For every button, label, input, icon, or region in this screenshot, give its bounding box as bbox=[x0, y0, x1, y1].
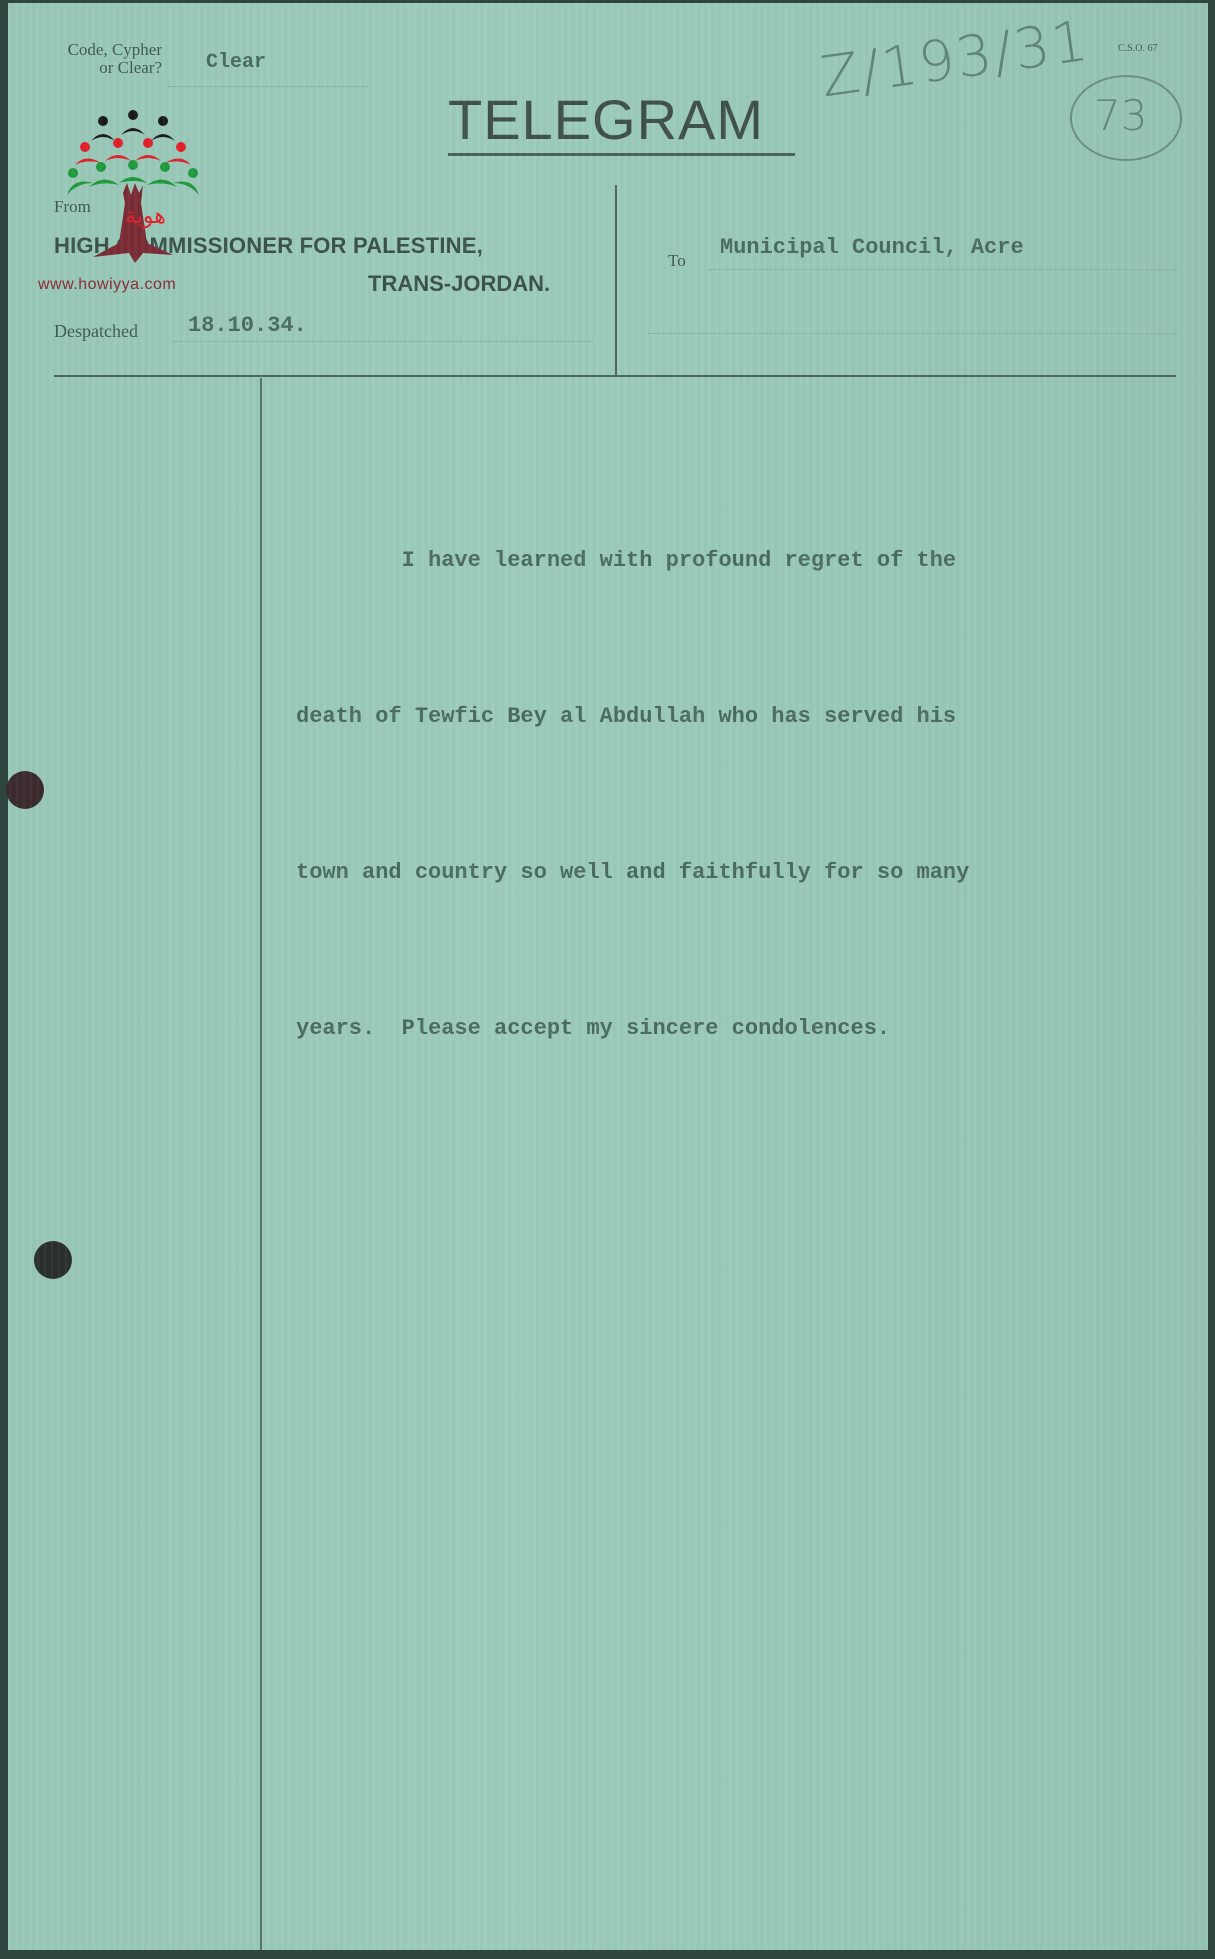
svg-text:هوية: هوية bbox=[125, 204, 166, 229]
recipient: Municipal Council, Acre bbox=[720, 235, 1024, 260]
despatched-label: Despatched bbox=[54, 321, 138, 342]
despatched-date: 18.10.34. bbox=[188, 313, 307, 338]
message-body: I have learned with profound regret of t… bbox=[296, 431, 1176, 1159]
header-column-divider bbox=[615, 185, 617, 375]
punch-hole-icon bbox=[34, 1241, 72, 1279]
message-line: I have learned with profound regret of t… bbox=[296, 535, 1176, 587]
code-value: Clear bbox=[206, 51, 266, 74]
form-number: C.S.O. 67 bbox=[1118, 43, 1157, 54]
code-cypher-label: Code, Cypher or Clear? bbox=[44, 41, 162, 77]
howiyya-tree-logo-icon: هوية bbox=[63, 103, 203, 273]
message-line: years. Please accept my sincere condolen… bbox=[296, 1003, 1176, 1055]
watermark-url: www.howiyya.com bbox=[38, 276, 176, 294]
punch-hole-icon bbox=[6, 771, 44, 809]
to-dotted-line-1 bbox=[708, 269, 1178, 270]
sender-line-2: TRANS-JORDAN. bbox=[368, 271, 550, 297]
despatched-dotted-line bbox=[173, 341, 593, 342]
message-line: town and country so well and faithfully … bbox=[296, 847, 1176, 899]
document-title: TELEGRAM bbox=[448, 87, 764, 152]
header-rule bbox=[54, 375, 1176, 377]
margin-rule bbox=[260, 378, 262, 1950]
telegram-sheet: Code, Cypher or Clear? Clear TELEGRAM Z/… bbox=[8, 3, 1208, 1950]
title-underline bbox=[448, 153, 795, 156]
handwritten-folio-number: 73 bbox=[1094, 91, 1147, 140]
handwritten-file-reference: Z/193/31 bbox=[817, 9, 1094, 111]
to-label: To bbox=[668, 251, 686, 271]
code-dotted-line bbox=[168, 86, 368, 87]
to-dotted-line-2 bbox=[648, 333, 1178, 334]
message-line: death of Tewfic Bey al Abdullah who has … bbox=[296, 691, 1176, 743]
